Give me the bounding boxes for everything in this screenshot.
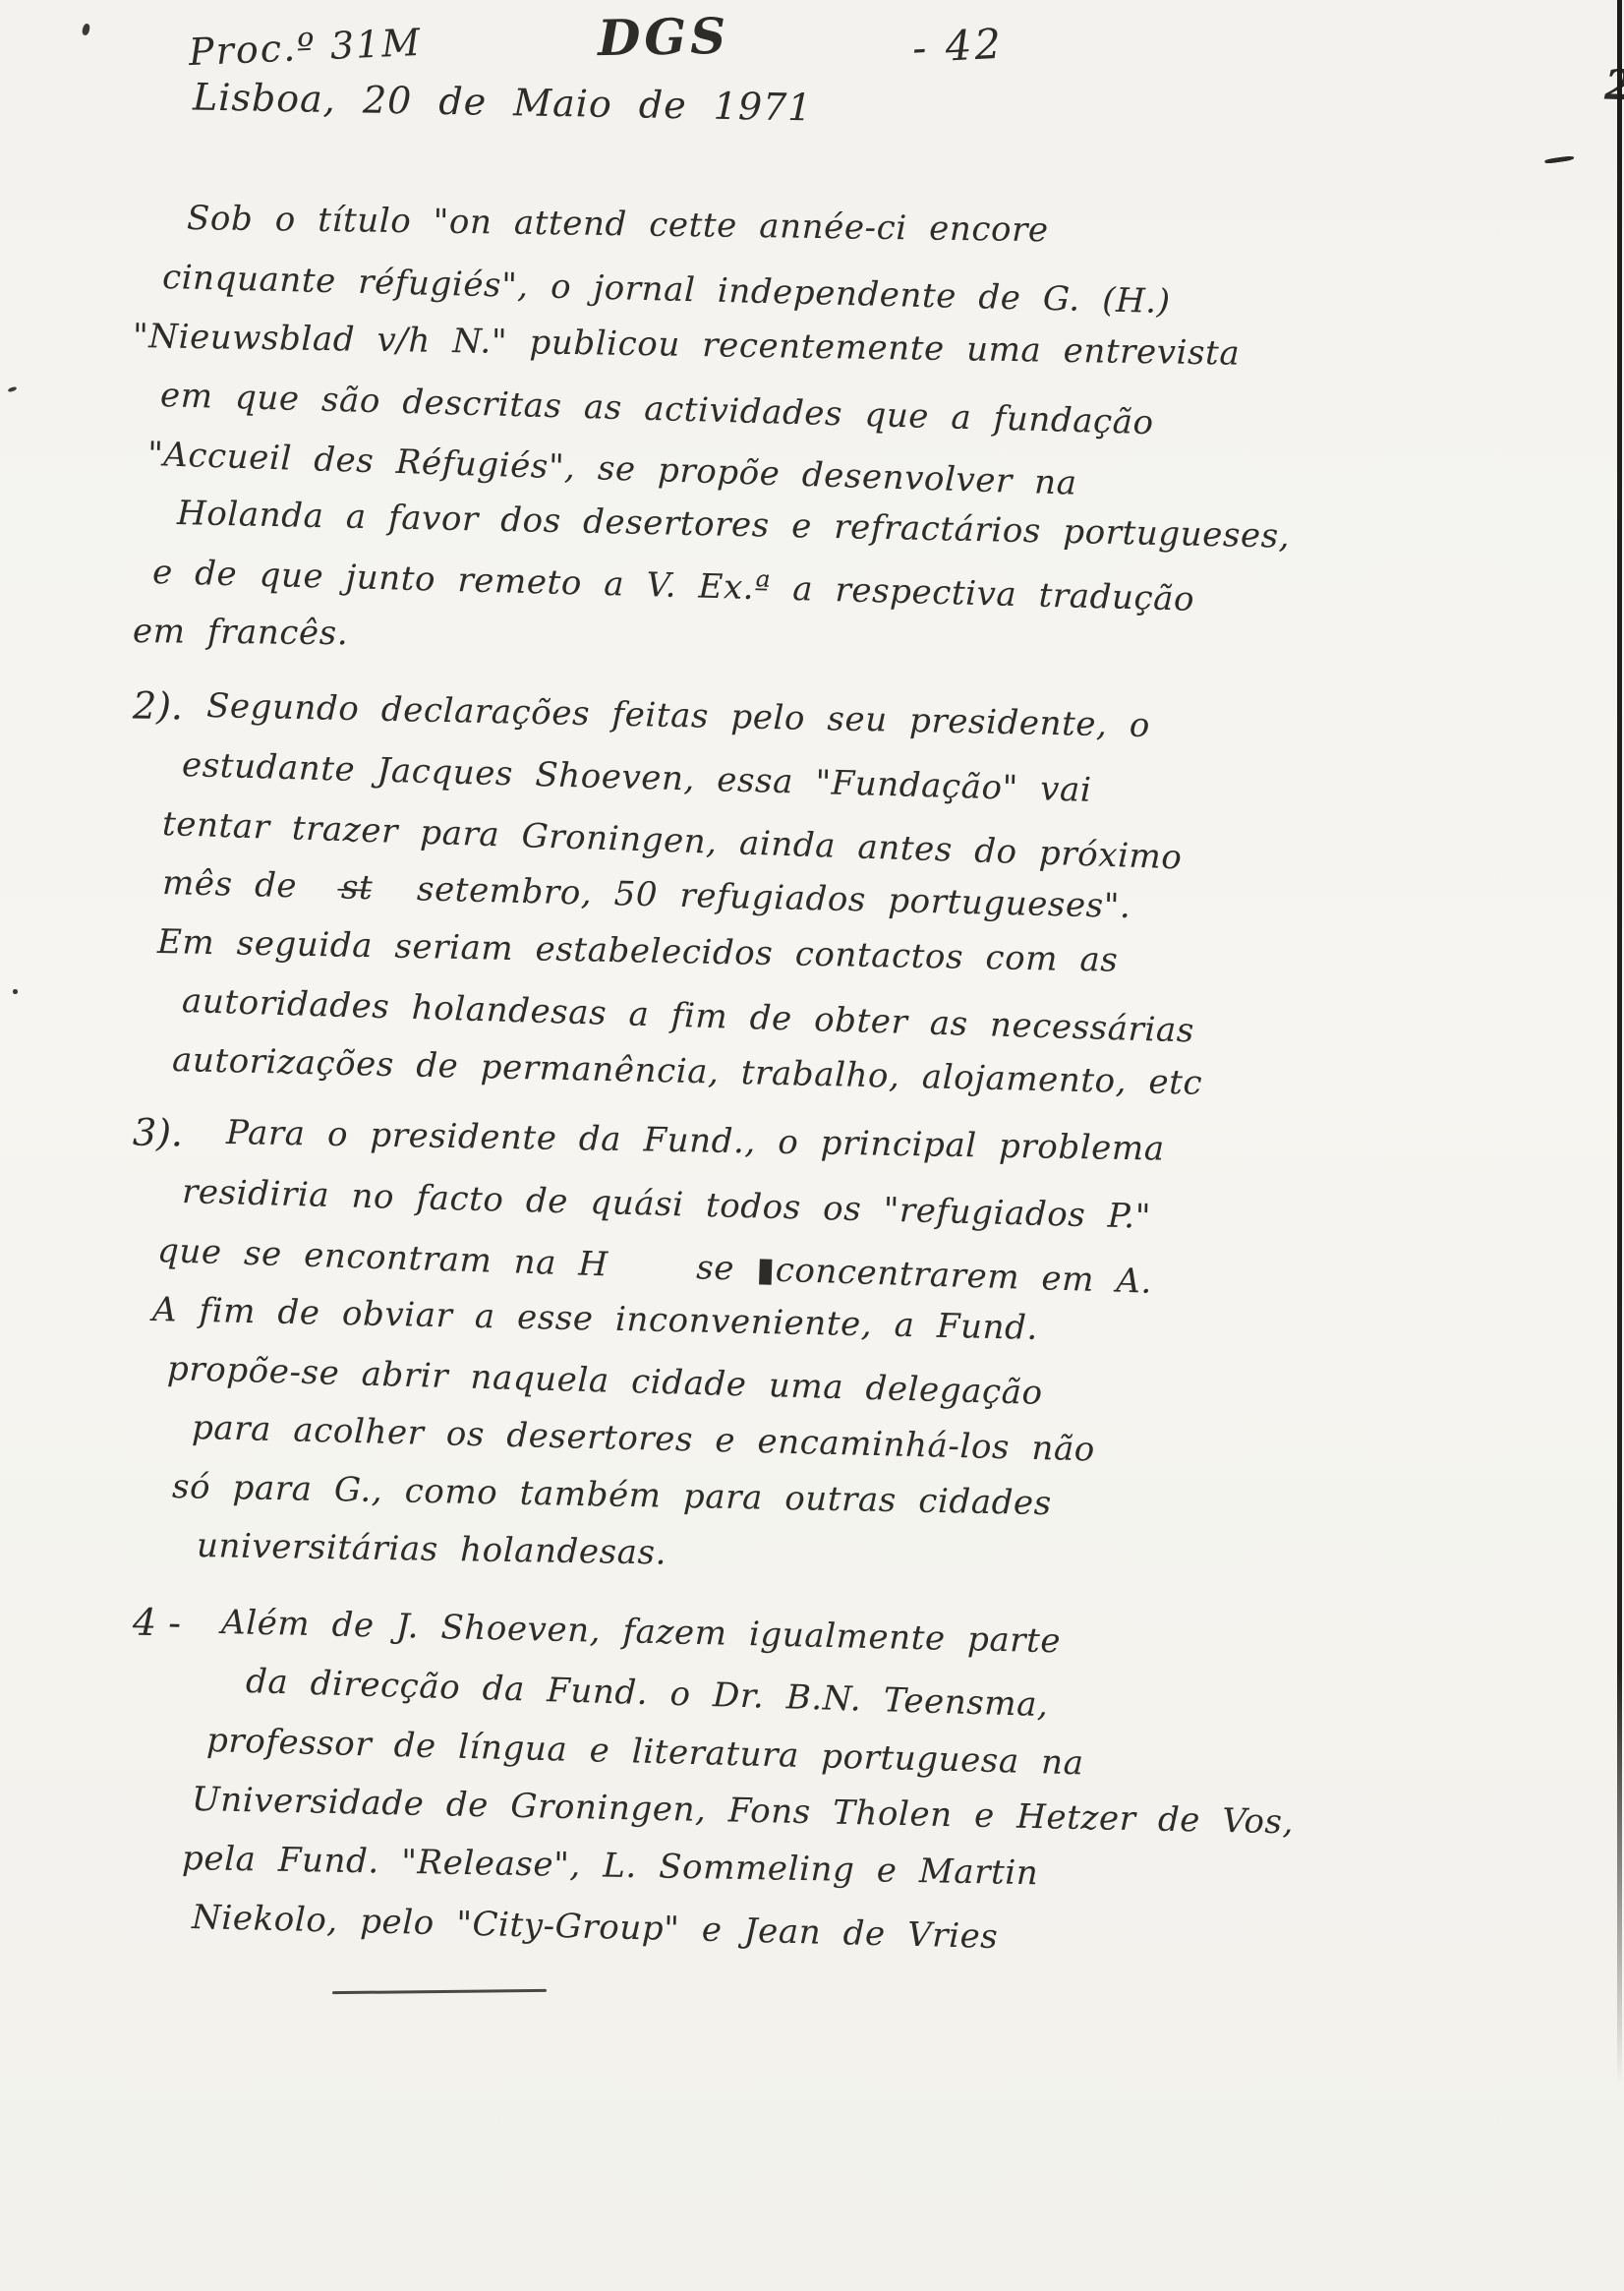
document-number: - 42 — [911, 20, 1005, 73]
paragraph: Sob o título "on attend cette année-ci e… — [133, 193, 1529, 665]
letter-body: Sob o título "on attend cette année-ci e… — [133, 193, 1529, 1951]
scan-edge-line — [1617, 0, 1622, 2085]
process-number: Proc.º 31M — [188, 21, 423, 74]
date-line: Lisboa, 20 de Maio de 1971 — [193, 76, 813, 130]
agency-initials: DGS — [597, 7, 729, 67]
page-number: 2 — [1541, 11, 1624, 262]
paragraph-marker: 4 - — [133, 1601, 182, 1645]
paragraph-marker: 2). — [133, 684, 184, 729]
paragraph: 2).Segundo declarações feitas pelo seu p… — [133, 680, 1529, 1093]
paragraph: 3).Para o presidente da Fund., o princip… — [133, 1107, 1529, 1579]
ink-speck — [8, 386, 18, 393]
closing-stroke — [332, 1989, 547, 1994]
document-page: Proc.º 31M DGS - 42 2 Lisboa, 20 de Maio… — [0, 0, 1624, 2291]
paragraph: 4 -Além de J. Shoeven, fazem igualmente … — [133, 1597, 1529, 1951]
ink-speck — [82, 23, 91, 35]
paragraph-marker: 3). — [133, 1111, 184, 1155]
page-number-underline — [1544, 155, 1574, 164]
ink-speck — [13, 989, 18, 994]
